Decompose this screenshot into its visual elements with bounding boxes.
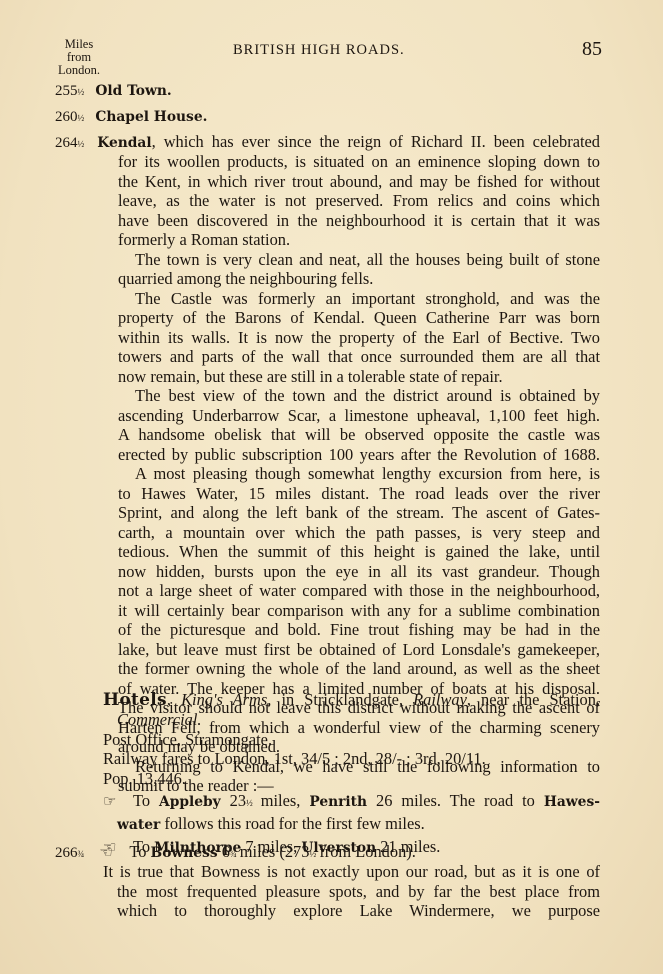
text-line: which has ever since the reign of Richar… [164, 132, 600, 151]
text-line: have been discovered in the neighbourhoo… [118, 211, 600, 231]
text-line: ascending Underbarrow Scar, a limestone … [118, 406, 600, 426]
hotel-name: King's Arms [181, 690, 267, 709]
hotel-name: Railway [413, 690, 467, 709]
text-line: lake, but leave must first be obtained o… [118, 640, 600, 660]
route-appleby: ☞To Appleby 23½ miles, Penrith 26 miles.… [103, 791, 600, 814]
text-line: tedious. When the summit of this height … [118, 542, 600, 562]
entry-old-town: 255½ Old Town. [55, 80, 172, 103]
pointing-hand-right-icon: ☞ [103, 793, 129, 813]
text-line: towers and parts of the wall that once s… [118, 347, 600, 367]
text-line: It is true that Bowness is not exactly u… [103, 862, 600, 882]
text-line: the most frequented pleasure spots, and … [103, 882, 600, 902]
place-name: water [117, 817, 160, 833]
hotels-label: Hotels [103, 690, 167, 710]
text-line: The best view of the town and the distri… [118, 386, 600, 406]
text-line: Sprint, and along the left bank of the s… [118, 503, 600, 523]
railway-fares-line: Railway fares to London, 1st, 34/5 ; 2nd… [103, 749, 600, 769]
text-line: now remain, but these are still in a tol… [118, 367, 600, 387]
population-line: Pop. 13,446. [103, 769, 600, 789]
text-line: within its walls. It is now the property… [118, 328, 600, 348]
place-name: Kendal [97, 135, 151, 151]
hotels-line: Hotels, King's Arms, in Stricklandgate, … [103, 690, 600, 710]
text-line: it will certainly bear comparison with a… [118, 601, 600, 621]
pointing-hand-left-icon: ☜ [99, 844, 125, 864]
place-name: Bowness [151, 845, 218, 861]
text-line: erected by public subscription 100 years… [118, 445, 600, 465]
text-line: formerly a Roman station. [118, 230, 600, 250]
text-line: A most pleasing though somewhat lengthy … [118, 464, 600, 484]
text-line: the former owning the whole of the land … [118, 659, 600, 679]
kendal-info: Hotels, King's Arms, in Stricklandgate, … [103, 690, 600, 859]
miles-label-line: London. [55, 64, 103, 77]
route-appleby-cont: water follows this road for the first fe… [103, 814, 600, 836]
place-name: Chapel House. [95, 109, 207, 125]
place-name: Old Town. [95, 83, 171, 99]
text-line: of the picturesque and bold. Fine trout … [118, 620, 600, 640]
hotel-location: in Stricklandgate, [281, 690, 403, 709]
text-line: property of the Barons of Kendal. Queen … [118, 308, 600, 328]
post-office-line: Post Office, Stramongate. [103, 730, 600, 750]
text-line: carth, a mountain over which the path pa… [118, 523, 600, 543]
page-number: 85 [582, 38, 602, 61]
mileage: 264½ [55, 135, 83, 151]
text-line: The town is very clean and neat, all the… [118, 250, 600, 270]
place-name: Penrith [309, 794, 367, 810]
text-line: the Kent, in which river trout abound, a… [118, 172, 600, 192]
text-line: to Hawes Water, 15 miles distant. The ro… [118, 484, 600, 504]
text-line: not a large sheet of water compared with… [118, 581, 600, 601]
text-line: The Castle was formerly an important str… [118, 289, 600, 309]
text-line: which to thoroughly explore Lake Winderm… [103, 901, 600, 921]
mileage: 260½ [55, 109, 83, 125]
mileage: 266¾ [55, 845, 83, 861]
place-name: Hawes- [544, 794, 600, 810]
bowness-description: It is true that Bowness is not exactly u… [103, 862, 600, 921]
mileage: 255½ [55, 83, 83, 99]
text-line: now hidden, bursts upon the eye in all i… [118, 562, 600, 582]
entry-chapel-house: 260½ Chapel House. [55, 106, 207, 129]
miles-from-london-label: Miles from London. [55, 38, 103, 77]
text-line: quarried among the neighbouring fells. [118, 269, 600, 289]
text-line: A handsome obelisk that will be observed… [118, 425, 600, 445]
hotel-name: Commercial. [103, 710, 600, 730]
place-name: Appleby [159, 794, 221, 810]
text-line: for its woollen products, is situated on… [118, 152, 600, 172]
hotel-location: near the Station, [481, 690, 600, 709]
text-line: leave, as the water is not preserved. Fr… [118, 191, 600, 211]
running-title: BRITISH HIGH ROADS. [233, 42, 405, 59]
book-page: Miles from London. BRITISH HIGH ROADS. 8… [0, 0, 663, 974]
